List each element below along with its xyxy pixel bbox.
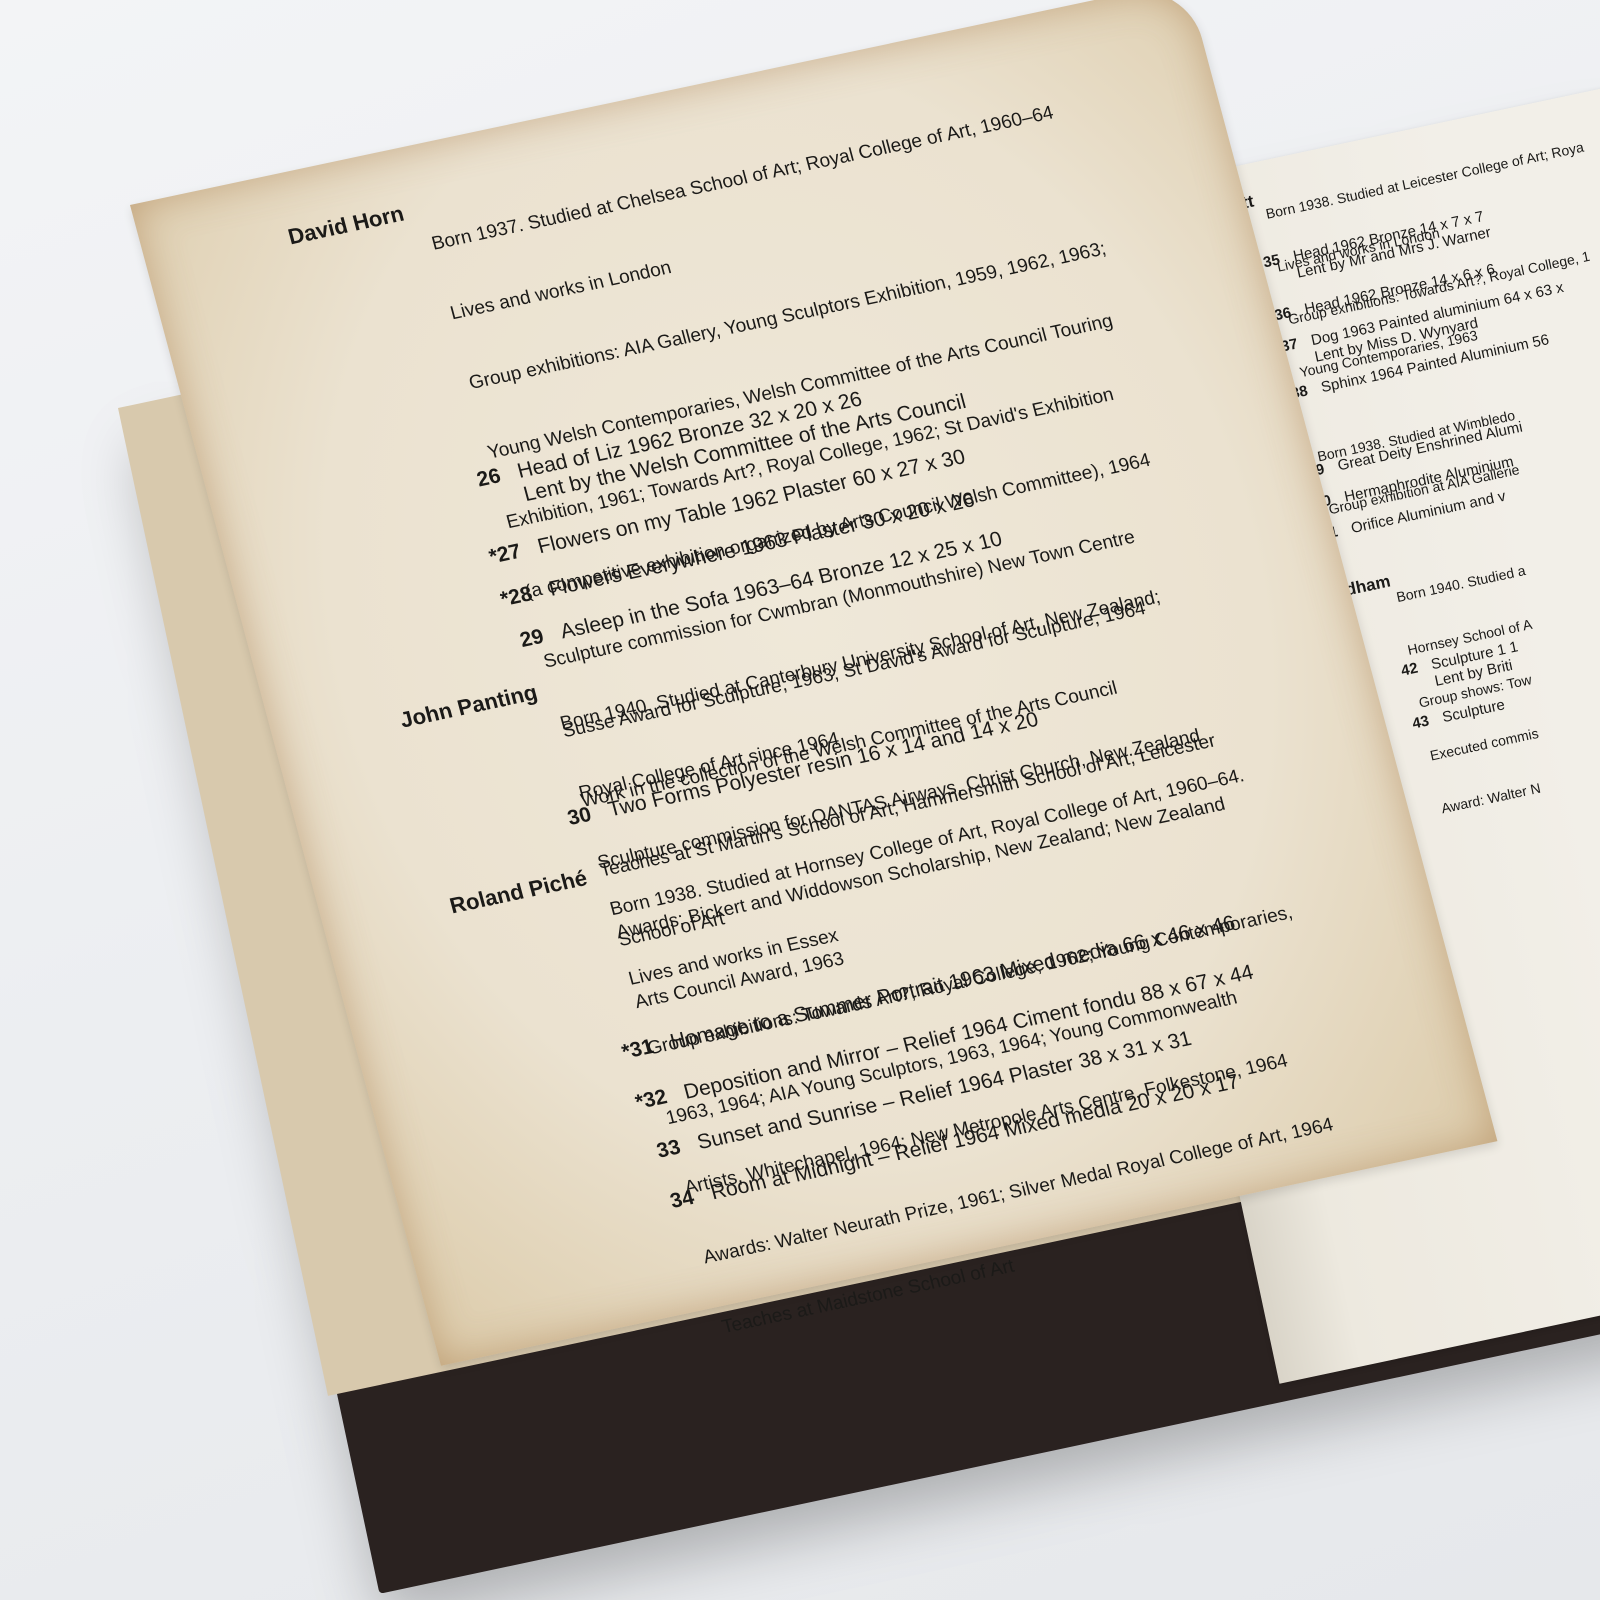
entry-number: *27 bbox=[459, 540, 524, 576]
bio-line: Lives and works in London bbox=[448, 168, 1090, 326]
entry-number: *28 bbox=[470, 582, 535, 618]
photo-scene: Edwin Pickett Born 1938. Studied at Leic… bbox=[0, 0, 1600, 1600]
bio-line: Born 1940. Studied a bbox=[1395, 561, 1527, 606]
entry-number: 33 bbox=[618, 1136, 683, 1172]
bio-line: Award: Walter N bbox=[1440, 772, 1572, 817]
bio-line: Lives and works in Essex bbox=[626, 832, 1277, 992]
entry-number: 43 bbox=[1384, 712, 1431, 738]
artist-name: John Panting bbox=[397, 679, 540, 733]
entry-number: 29 bbox=[482, 625, 547, 661]
entry-number: *31 bbox=[591, 1035, 656, 1071]
entry-number: 34 bbox=[632, 1186, 697, 1222]
bio-line: Group exhibitions: AIA Gallery, Young Sc… bbox=[466, 237, 1108, 395]
entry-number: *32 bbox=[605, 1085, 670, 1121]
bio-line: Born 1937. Studied at Chelsea School of … bbox=[429, 98, 1071, 256]
bio-line: 1963, 1964; AIA Young Sculptors, 1963, 1… bbox=[663, 971, 1314, 1131]
artist-name: David Horn bbox=[285, 201, 407, 251]
entry-number: 30 bbox=[529, 803, 594, 839]
bio-line: Executed commis bbox=[1428, 720, 1560, 765]
artist-name: Roland Piché bbox=[447, 865, 590, 919]
